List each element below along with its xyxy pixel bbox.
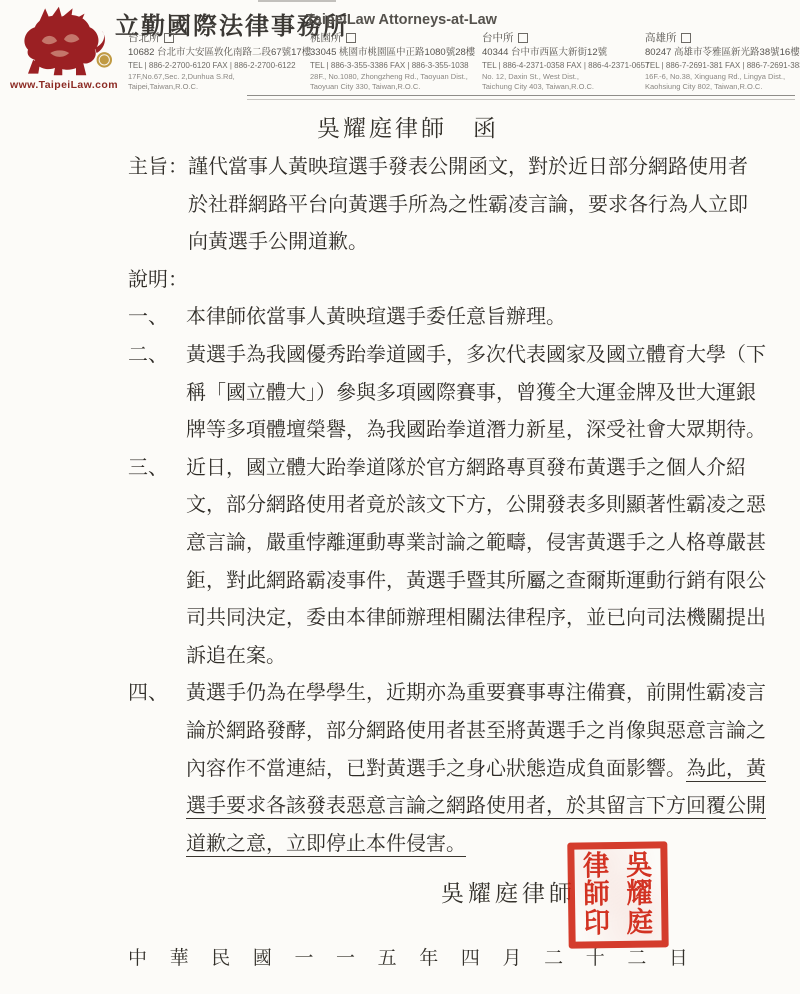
lawyer-seal-stamp: 吳耀庭 律師印 bbox=[567, 842, 668, 949]
signature-area: 吳耀庭律師 吳耀庭 律師印 bbox=[128, 863, 688, 948]
subject-lines: 謹代當事人黃映瑄選手發表公開函文，對於近日部分網路使用者於社群網路平台向黃選手所… bbox=[188, 149, 688, 262]
office-phone: TEL | 886-4-2371-0358 FAX | 886-4-2371-0… bbox=[482, 60, 640, 72]
underlined-text: 為此，黃 bbox=[686, 758, 766, 780]
date-char: 一 bbox=[294, 948, 313, 970]
item-number: 四、 bbox=[128, 675, 168, 713]
office-address-en: Taoyuan City 330, Taiwan,R.O.C. bbox=[310, 82, 478, 93]
office-address-zh: 80247 高雄市苓雅區新光路38號16樓之6 bbox=[645, 47, 797, 60]
firm-name-en: TaipeiLaw Attorneys-at-Law bbox=[306, 12, 497, 28]
office-name: 高雄所 bbox=[645, 30, 797, 45]
body-line: 選手要求各該發表惡意言論之網路使用者，於其留言下方回覆公開 bbox=[186, 788, 688, 826]
body-line: 論於網路發酵，部分網路使用者甚至將黃選手之肖像與惡意言論之 bbox=[186, 713, 688, 751]
office-phone: TEL | 886-7-2691-381 FAX | 886-7-2691-38… bbox=[645, 60, 797, 72]
seal-left-column: 律師印 bbox=[583, 853, 609, 938]
office-name-label: 高雄所 bbox=[645, 30, 677, 45]
body-line: 意言論，嚴重悖離運動專業討論之範疇，侵害黃選手之人格尊嚴甚 bbox=[186, 525, 688, 563]
office-address-zh: 10682 台北市大安區敦化南路二段67號17樓 bbox=[128, 47, 306, 60]
date-char: 十 bbox=[586, 948, 605, 970]
body-line: 稱「國立體大」）參與多項國際賽事，曾獲全大運金牌及世大運銀 bbox=[186, 375, 688, 413]
office-name-label: 桃園所 bbox=[310, 30, 342, 45]
seal-character: 印 bbox=[584, 908, 611, 939]
body-line: 謹代當事人黃映瑄選手發表公開函文，對於近日部分網路使用者 bbox=[188, 149, 688, 187]
letter-item: 四、黃選手仍為在學學生，近期亦為重要賽事專注備賽，前開性霸凌言論於網路發酵，部分… bbox=[128, 675, 688, 863]
office-address-zh: 40344 台中市西區大新街12號 bbox=[482, 47, 640, 60]
office-columns: 台北所10682 台北市大安區敦化南路二段67號17樓TEL | 886-2-2… bbox=[0, 30, 800, 92]
body-line: 鉅，對此網路霸凌事件，黃選手暨其所屬之查爾斯運動行銷有限公 bbox=[186, 563, 688, 601]
office-address-en: Kaohsiung City 802, Taiwan,R.O.C. bbox=[645, 82, 797, 93]
body-line: 向黃選手公開道歉。 bbox=[188, 224, 688, 262]
body-text: 意言論，嚴重悖離運動專業討論之範疇，侵害黃選手之人格尊嚴甚 bbox=[186, 532, 766, 554]
letter-item: 二、黃選手為我國優秀跆拳道國手，多次代表國家及國立體育大學（下稱「國立體大」）參… bbox=[128, 337, 688, 450]
signature-name: 吳耀庭律師 bbox=[441, 875, 576, 908]
body-line: 本律師依當事人黃映瑄選手委任意旨辦理。 bbox=[186, 299, 688, 337]
letter-page: www.TaipeiLaw.com 立勤國際法律事務所 TaipeiLaw At… bbox=[0, 0, 800, 994]
body-text: 文，部分網路使用者竟於該文下方，公開發表多則顯著性霸凌之惡 bbox=[186, 494, 766, 516]
date-char: 中 bbox=[128, 948, 147, 970]
letterhead: www.TaipeiLaw.com 立勤國際法律事務所 TaipeiLaw At… bbox=[0, 0, 800, 103]
body-text: 鉅，對此網路霸凌事件，黃選手暨其所屬之查爾斯運動行銷有限公 bbox=[186, 570, 766, 592]
office-name-label: 台中所 bbox=[482, 30, 514, 45]
body-text: 牌等多項體壇榮譽，為我國跆拳道潛力新星，深受社會大眾期待。 bbox=[186, 419, 766, 441]
seal-character: 吳 bbox=[626, 851, 653, 882]
body-text: 黃選手為我國優秀跆拳道國手，多次代表國家及國立體育大學（下 bbox=[186, 344, 766, 366]
date-char: 五 bbox=[378, 948, 397, 970]
item-number: 二、 bbox=[128, 337, 168, 375]
seal-character: 耀 bbox=[626, 880, 653, 911]
office-address-en: 28F., No.1080, Zhongzheng Rd., Taoyuan D… bbox=[310, 72, 478, 83]
date-char: 月 bbox=[502, 948, 521, 970]
body-line: 內容作不當連結，已對黃選手之身心狀態造成負面影響。為此，黃 bbox=[186, 751, 688, 789]
body-text: 近日，國立體大跆拳道隊於官方網路專頁發布黃選手之個人介紹 bbox=[186, 457, 746, 479]
office-name: 台北所 bbox=[128, 30, 306, 45]
letter-item: 三、近日，國立體大跆拳道隊於官方網路專頁發布黃選手之個人介紹文，部分網路使用者竟… bbox=[128, 450, 688, 676]
date-char: 年 bbox=[419, 948, 438, 970]
underlined-text: 道歉之意，立即停止本件侵害。 bbox=[186, 833, 466, 855]
office-name: 台中所 bbox=[482, 30, 640, 45]
body-line: 訴追在案。 bbox=[186, 638, 688, 676]
seal-character: 師 bbox=[583, 880, 610, 911]
body-line: 文，部分網路使用者竟於該文下方，公開發表多則顯著性霸凌之惡 bbox=[186, 487, 688, 525]
letter-item: 一、本律師依當事人黃映瑄選手委任意旨辦理。 bbox=[128, 299, 688, 337]
body-text: 稱「國立體大」）參與多項國際賽事，曾獲全大運金牌及世大運銀 bbox=[186, 382, 756, 404]
office-address-en: Taipei,Taiwan,R.O.C. bbox=[128, 82, 306, 93]
body-text: 內容作不當連結，已對黃選手之身心狀態造成負面影響。 bbox=[186, 758, 686, 780]
body-line: 黃選手仍為在學學生，近期亦為重要賽事專注備賽，前開性霸凌言 bbox=[186, 675, 688, 713]
date-char: 二 bbox=[627, 948, 646, 970]
body-line: 近日，國立體大跆拳道隊於官方網路專頁發布黃選手之個人介紹 bbox=[186, 450, 688, 488]
subject-section: 主旨： 謹代當事人黃映瑄選手發表公開函文，對於近日部分網路使用者於社群網路平台向… bbox=[128, 149, 688, 262]
body-text: 本律師依當事人黃映瑄選手委任意旨辦理。 bbox=[186, 306, 566, 328]
item-number: 三、 bbox=[128, 450, 168, 488]
seal-character: 庭 bbox=[627, 908, 654, 939]
seal-character: 律 bbox=[583, 852, 610, 883]
office-address-en: No. 12, Daxin St., West Dist., bbox=[482, 72, 640, 83]
body-line: 牌等多項體壇榮譽，為我國跆拳道潛力新星，深受社會大眾期待。 bbox=[186, 412, 688, 450]
body-text: 訴追在案。 bbox=[186, 645, 286, 667]
office-checkbox-icon bbox=[346, 33, 356, 43]
date-char: 二 bbox=[544, 948, 563, 970]
date-char: 國 bbox=[253, 948, 272, 970]
body-text: 司共同決定，委由本律師辦理相關法律程序，並已向司法機關提出 bbox=[186, 607, 766, 629]
date-line: 中華民國一一五年四月二十二日 bbox=[128, 948, 688, 970]
date-char: 一 bbox=[336, 948, 355, 970]
office-phone: TEL | 886-3-355-3386 FAX | 886-3-355-103… bbox=[310, 60, 478, 72]
subject-label: 主旨： bbox=[128, 149, 188, 187]
body-line: 司共同決定，委由本律師辦理相關法律程序，並已向司法機關提出 bbox=[186, 600, 688, 638]
letter-title: 吳耀庭律師 函 bbox=[128, 113, 688, 145]
office-column: 高雄所80247 高雄市苓雅區新光路38號16樓之6TEL | 886-7-26… bbox=[645, 30, 797, 93]
seal-right-column: 吳耀庭 bbox=[626, 852, 652, 937]
body-text: 論於網路發酵，部分網路使用者甚至將黃選手之肖像與惡意言論之 bbox=[186, 720, 766, 742]
office-address-en: 16F.-6, No.38, Xinguang Rd., Lingya Dist… bbox=[645, 72, 797, 83]
item-number: 一、 bbox=[128, 299, 168, 337]
date-char: 四 bbox=[461, 948, 480, 970]
header-divider bbox=[247, 95, 795, 100]
date-char: 民 bbox=[211, 948, 230, 970]
office-name: 桃園所 bbox=[310, 30, 478, 45]
date-char: 日 bbox=[669, 948, 688, 970]
office-checkbox-icon bbox=[518, 33, 528, 43]
office-address-en: Taichung City 403, Taiwan,R.O.C. bbox=[482, 82, 640, 93]
body-line: 黃選手為我國優秀跆拳道國手，多次代表國家及國立體育大學（下 bbox=[186, 337, 688, 375]
body-line: 於社群網路平台向黃選手所為之性霸凌言論，要求各行為人立即 bbox=[188, 187, 688, 225]
letter-body: 吳耀庭律師 函 主旨： 謹代當事人黃映瑄選手發表公開函文，對於近日部分網路使用者… bbox=[128, 103, 688, 970]
office-phone: TEL | 886-2-2700-6120 FAX | 886-2-2700-6… bbox=[128, 60, 306, 72]
office-checkbox-icon bbox=[164, 33, 174, 43]
office-name-label: 台北所 bbox=[128, 30, 160, 45]
date-char: 華 bbox=[170, 948, 189, 970]
explanation-label: 說明： bbox=[128, 262, 688, 300]
office-column: 台中所40344 台中市西區大新街12號TEL | 886-4-2371-035… bbox=[482, 30, 640, 93]
office-column: 桃園所33045 桃園市桃園區中正路1080號28樓TEL | 886-3-35… bbox=[310, 30, 478, 93]
office-checkbox-icon bbox=[681, 33, 691, 43]
body-text: 黃選手仍為在學學生，近期亦為重要賽事專注備賽，前開性霸凌言 bbox=[186, 682, 766, 704]
office-address-zh: 33045 桃園市桃園區中正路1080號28樓 bbox=[310, 47, 478, 60]
office-column: 台北所10682 台北市大安區敦化南路二段67號17樓TEL | 886-2-2… bbox=[128, 30, 306, 93]
items-list: 一、本律師依當事人黃映瑄選手委任意旨辦理。二、黃選手為我國優秀跆拳道國手，多次代… bbox=[128, 299, 688, 863]
underlined-text: 選手要求各該發表惡意言論之網路使用者，於其留言下方回覆公開 bbox=[186, 795, 766, 817]
office-address-en: 17F,No.67,Sec. 2,Dunhua S.Rd, bbox=[128, 72, 306, 83]
